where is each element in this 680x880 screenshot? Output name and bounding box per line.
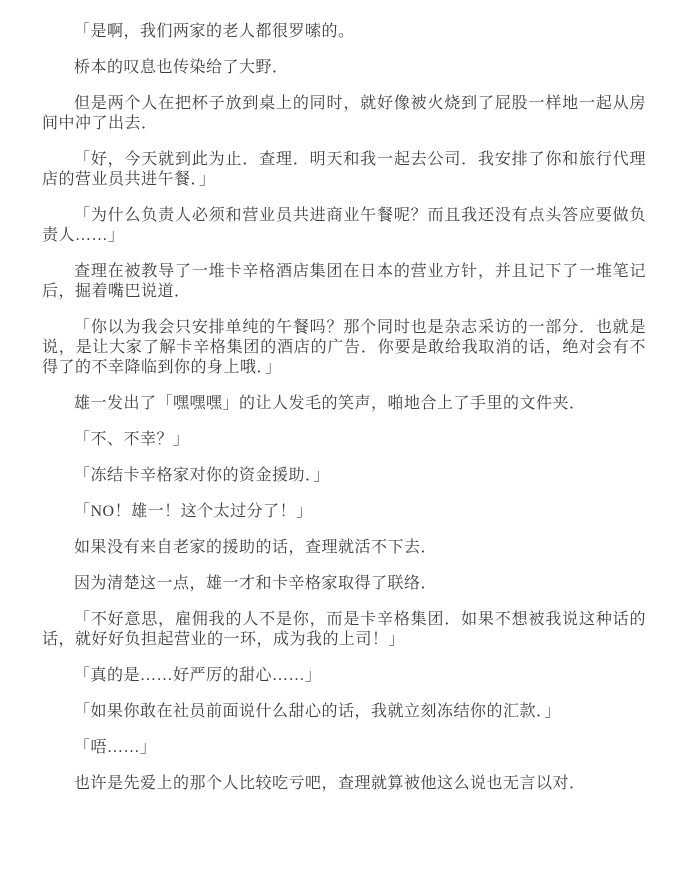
paragraph: 「不好意思，雇佣我的人不是你，而是卡辛格集团．如果不想被我说这种话的话，就好好负… [42,610,646,650]
document-page: 「是啊，我们两家的老人都很罗嗦的。 桥本的叹息也传染给了大野． 但是两个人在把杯… [0,0,680,880]
paragraph: 雄一发出了「嘿嘿嘿」的让人发毛的笑声，啪地合上了手里的文件夹． [42,394,646,414]
paragraph: 「真的是……好严厉的甜心……」 [42,666,646,686]
paragraph: 「是啊，我们两家的老人都很罗嗦的。 [42,22,646,42]
paragraph: 查理在被教导了一堆卡辛格酒店集团在日本的营业方针，并且记下了一堆笔记后，掘着嘴巴… [42,262,646,302]
paragraph: 「冻结卡辛格家对你的资金援助．」 [42,466,646,486]
paragraph: 「好，今天就到此为止．查理．明天和我一起去公司．我安排了你和旅行代理店的营业员共… [42,150,646,190]
paragraph: 因为清楚这一点，雄一才和卡辛格家取得了联络． [42,574,646,594]
paragraph: 「唔……」 [42,738,646,758]
paragraph: 如果没有来自老家的援助的话，查理就活不下去． [42,538,646,558]
paragraph: 「你以为我会只安排单纯的午餐吗？那个同时也是杂志采访的一部分．也就是说，是让大家… [42,318,646,378]
paragraph: 「为什么负责人必须和营业员共进商业午餐呢？而且我还没有点头答应要做负责人……」 [42,206,646,246]
paragraph: 桥本的叹息也传染给了大野． [42,58,646,78]
paragraph: 「不、不幸？」 [42,430,646,450]
paragraph: 但是两个人在把杯子放到桌上的同时，就好像被火烧到了屁股一样地一起从房间中冲了出去… [42,94,646,134]
paragraph: 「如果你敢在社员前面说什么甜心的话，我就立刻冻结你的汇款．」 [42,702,646,722]
paragraph: 也许是先爱上的那个人比较吃亏吧，查理就算被他这么说也无言以对． [42,774,646,794]
paragraph: 「NO！雄一！这个太过分了！」 [42,502,646,522]
